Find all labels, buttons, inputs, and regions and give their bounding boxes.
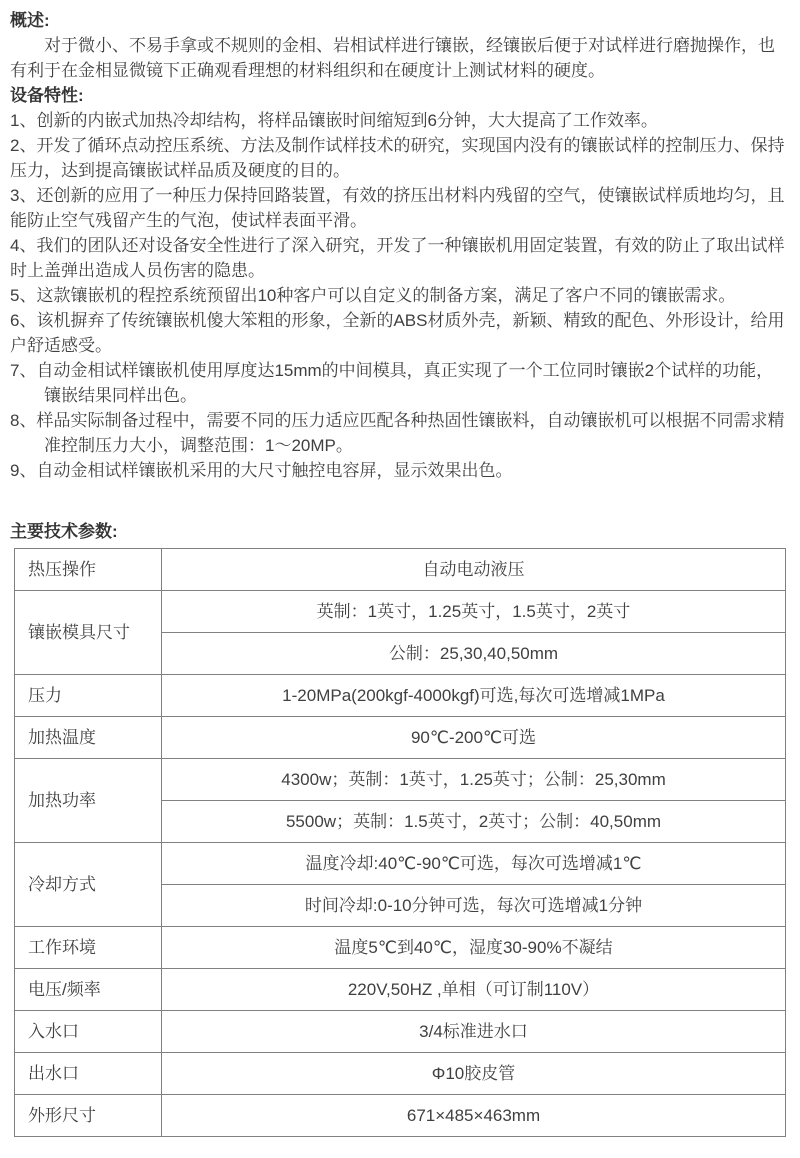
spec-value-dimensions: 671×485×463mm [162, 1095, 786, 1137]
spec-label-water-inlet: 入水口 [15, 1011, 162, 1053]
specs-heading: 主要技术参数: [10, 519, 790, 544]
feature-item-3: 3、还创新的应用了一种压力保持回路装置，有效的挤压出材料内残留的空气，使镶嵌试样… [10, 183, 790, 233]
spec-value-cooling-temp: 温度冷却:40℃-90℃可选，每次可选增减1℃ [162, 843, 786, 885]
table-row: 加热功率 4300w；英制：1英寸，1.25英寸；公制：25,30mm [15, 759, 786, 801]
spec-value-work-env: 温度5℃到40℃，湿度30-90%不凝结 [162, 927, 786, 969]
feature-item-5: 5、这款镶嵌机的程控系统预留出10种客户可以自定义的制备方案，满足了客户不同的镶… [10, 283, 790, 308]
feature-item-6: 6、该机摒弃了传统镶嵌机傻大笨粗的形象，全新的ABS材质外壳，新颖、精致的配色、… [10, 308, 790, 358]
spec-label-work-env: 工作环境 [15, 927, 162, 969]
table-row: 热压操作 自动电动液压 [15, 549, 786, 591]
spec-value-water-outlet: Φ10胶皮管 [162, 1053, 786, 1095]
spec-value-heating-temp: 90℃-200℃可选 [162, 717, 786, 759]
feature-item-8: 8、样品实际制备过程中，需要不同的压力适应匹配各种热固性镶嵌料，自动镶嵌机可以根… [10, 408, 790, 458]
table-row: 入水口 3/4标准进水口 [15, 1011, 786, 1053]
spec-value-voltage: 220V,50HZ ,单相（可订制110V） [162, 969, 786, 1011]
spec-label-pressure: 压力 [15, 675, 162, 717]
product-detail-page: 概述: 对于微小、不易手拿或不规则的金相、岩相试样进行镶嵌，经镶嵌后便于对试样进… [0, 0, 800, 1158]
spec-label-heating-temp: 加热温度 [15, 717, 162, 759]
spec-value-mold-size-metric: 公制：25,30,40,50mm [162, 633, 786, 675]
table-row: 压力 1-20MPa(200kgf-4000kgf)可选,每次可选增减1MPa [15, 675, 786, 717]
spec-value-heating-power-1: 4300w；英制：1英寸，1.25英寸；公制：25,30mm [162, 759, 786, 801]
feature-item-2: 2、开发了循环点动控压系统、方法及制作试样技术的研究，实现国内没有的镶嵌试样的控… [10, 133, 790, 183]
overview-paragraph: 对于微小、不易手拿或不规则的金相、岩相试样进行镶嵌，经镶嵌后便于对试样进行磨抛操… [10, 33, 790, 83]
spec-label-voltage: 电压/频率 [15, 969, 162, 1011]
feature-item-4: 4、我们的团队还对设备安全性进行了深入研究，开发了一种镶嵌机用固定装置，有效的防… [10, 233, 790, 283]
spec-label-hot-press: 热压操作 [15, 549, 162, 591]
spec-value-cooling-time: 时间冷却:0-10分钟可选，每次可选增减1分钟 [162, 885, 786, 927]
spec-value-mold-size-imperial: 英制：1英寸，1.25英寸，1.5英寸，2英寸 [162, 591, 786, 633]
table-row: 冷却方式 温度冷却:40℃-90℃可选，每次可选增减1℃ [15, 843, 786, 885]
table-row: 工作环境 温度5℃到40℃，湿度30-90%不凝结 [15, 927, 786, 969]
spec-value-water-inlet: 3/4标准进水口 [162, 1011, 786, 1053]
spec-label-heating-power: 加热功率 [15, 759, 162, 843]
specs-table: 热压操作 自动电动液压 镶嵌模具尺寸 英制：1英寸，1.25英寸，1.5英寸，2… [14, 548, 786, 1137]
spec-value-hot-press: 自动电动液压 [162, 549, 786, 591]
feature-item-7: 7、自动金相试样镶嵌机使用厚度达15mm的中间模具，真正实现了一个工位同时镶嵌2… [10, 358, 790, 408]
spec-value-heating-power-2: 5500w；英制：1.5英寸，2英寸；公制：40,50mm [162, 801, 786, 843]
spec-label-dimensions: 外形尺寸 [15, 1095, 162, 1137]
table-row: 镶嵌模具尺寸 英制：1英寸，1.25英寸，1.5英寸，2英寸 [15, 591, 786, 633]
spec-label-water-outlet: 出水口 [15, 1053, 162, 1095]
table-row: 加热温度 90℃-200℃可选 [15, 717, 786, 759]
spec-label-cooling-mode: 冷却方式 [15, 843, 162, 927]
table-row: 电压/频率 220V,50HZ ,单相（可订制110V） [15, 969, 786, 1011]
feature-item-9: 9、自动金相试样镶嵌机采用的大尺寸触控电容屏，显示效果出色。 [10, 458, 790, 483]
feature-item-1: 1、创新的内嵌式加热冷却结构，将样品镶嵌时间缩短到6分钟，大大提高了工作效率。 [10, 108, 790, 133]
features-heading: 设备特性: [10, 83, 790, 108]
overview-heading: 概述: [10, 8, 790, 33]
spec-value-pressure: 1-20MPa(200kgf-4000kgf)可选,每次可选增减1MPa [162, 675, 786, 717]
spec-label-mold-size: 镶嵌模具尺寸 [15, 591, 162, 675]
table-row: 出水口 Φ10胶皮管 [15, 1053, 786, 1095]
table-row: 外形尺寸 671×485×463mm [15, 1095, 786, 1137]
